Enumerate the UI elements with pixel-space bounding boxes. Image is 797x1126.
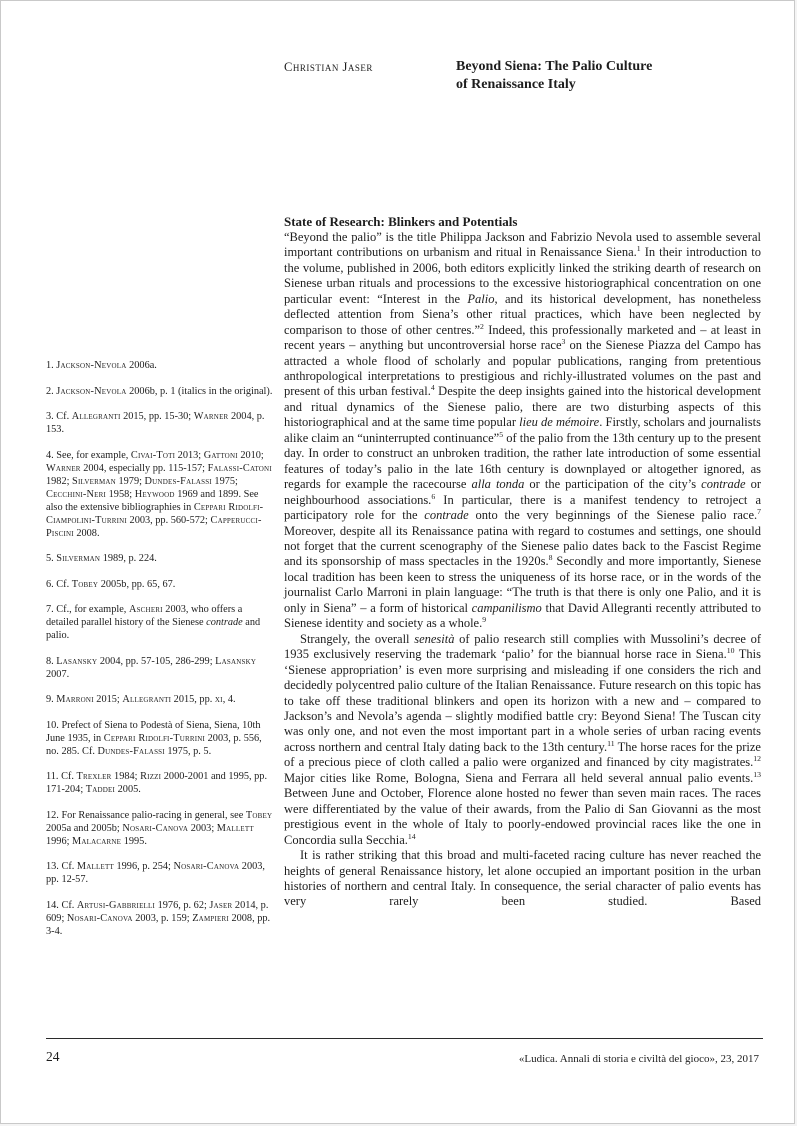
article-title-line1: Beyond Siena: The Palio Culture: [456, 58, 706, 76]
paragraph-2: Strangely, the overall senesità of palio…: [284, 632, 761, 848]
footnote-11: 11. Cf. Trexler 1984; Rizzi 2000-2001 an…: [46, 770, 277, 796]
journal-citation: «Ludica. Annali di storia e civiltà del …: [519, 1053, 759, 1065]
footnote-3: 3. Cf. Allegranti 2015, pp. 15-30; Warne…: [46, 410, 277, 436]
article-title-line2: of Renaissance Italy: [456, 76, 706, 94]
footnote-13: 13. Cf. Mallett 1996, p. 254; Nosari-Can…: [46, 860, 277, 886]
footer-rule: [46, 1038, 763, 1039]
footnote-14: 14. Cf. Artusi-Gabbrielli 1976, p. 62; J…: [46, 899, 277, 938]
main-text-column: State of Research: Blinkers and Potentia…: [284, 214, 761, 910]
footnote-5: 5. Silverman 1989, p. 224.: [46, 552, 277, 565]
header-author: Christian Jaser: [284, 60, 373, 75]
page-number: 24: [46, 1049, 60, 1065]
footnote-1: 1. Jackson-Nevola 2006a.: [46, 359, 277, 372]
footnote-4: 4. See, for example, Civai-Toti 2013; Ga…: [46, 449, 277, 540]
paper-page: Christian Jaser Beyond Siena: The Palio …: [0, 0, 795, 1124]
footnote-12: 12. For Renaissance palio-racing in gene…: [46, 809, 277, 848]
footnote-6: 6. Cf. Tobey 2005b, pp. 65, 67.: [46, 578, 277, 591]
footnotes-column: 1. Jackson-Nevola 2006a. 2. Jackson-Nevo…: [46, 359, 277, 950]
paragraph-1: “Beyond the palio” is the title Philippa…: [284, 230, 761, 632]
footnote-2: 2. Jackson-Nevola 2006b, p. 1 (italics i…: [46, 385, 277, 398]
footnote-10: 10. Prefect of Siena to Podestà of Siena…: [46, 719, 277, 758]
article-title: Beyond Siena: The Palio Culture of Renai…: [456, 58, 706, 93]
section-heading: State of Research: Blinkers and Potentia…: [284, 214, 761, 229]
footnote-8: 8. Lasansky 2004, pp. 57-105, 286-299; L…: [46, 655, 277, 681]
paragraph-3: It is rather striking that this broad an…: [284, 848, 761, 910]
footnote-7: 7. Cf., for example, Ascheri 2003, who o…: [46, 603, 277, 642]
footnote-9: 9. Marroni 2015; Allegranti 2015, pp. xi…: [46, 693, 277, 706]
